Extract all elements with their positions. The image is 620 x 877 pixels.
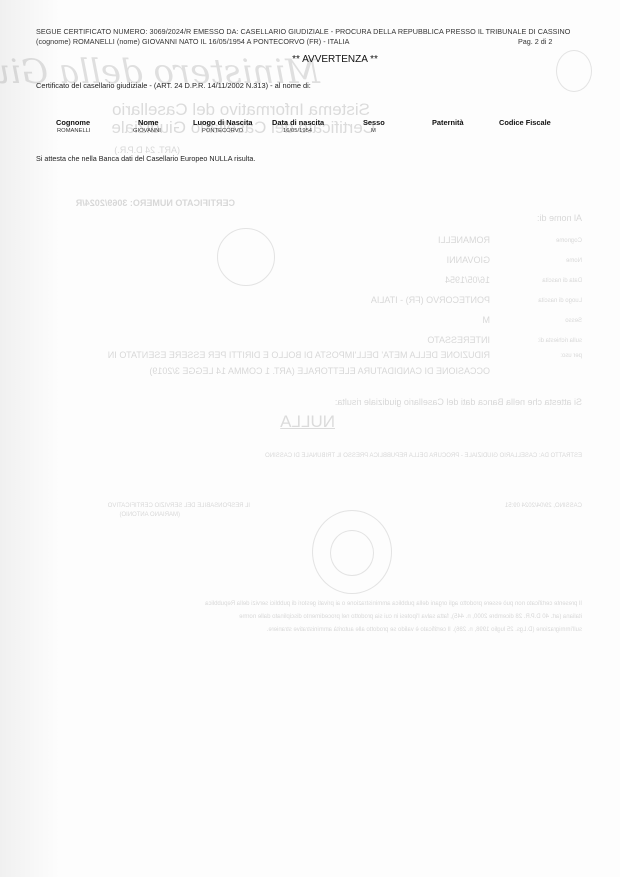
- attestation-text: Si attesta che nella Banca dati del Case…: [36, 154, 255, 163]
- document-page: Ministero della Giustizia Sistema Inform…: [0, 0, 620, 877]
- ghost-value-nome: GIOVANNI: [447, 255, 490, 265]
- ghost-label-data: Data di nascita: [542, 278, 582, 284]
- ghost-request-value: INTERESSATO: [427, 335, 490, 345]
- ghost-footer-1: Il presente certificato non può essere p…: [205, 601, 582, 607]
- cell-cognome: ROMANELLI: [57, 128, 91, 134]
- ghost-stamp-top: [217, 228, 275, 286]
- certificate-intro: Certificato del casellario giudiziale - …: [36, 81, 311, 90]
- column-header-nome: Nome: [138, 118, 159, 127]
- cell-nome: GIOVANNI: [133, 128, 161, 134]
- ghost-result: NULLA: [280, 412, 335, 432]
- column-header-cognome: Cognome: [56, 118, 90, 127]
- ghost-use-line-1: RIDUZIONE DELLA META' DELL'IMPOSTA DI BO…: [108, 350, 490, 360]
- ghost-value-luogo: PONTECORVO (FR) - ITALIA: [371, 295, 490, 305]
- column-header-codice-fiscale: Codice Fiscale: [499, 118, 551, 127]
- ghost-attest: Si attesta che nella Banca dati del Case…: [335, 397, 582, 407]
- ghost-cert-number: CERTIFICATO NUMERO: 3069/2024/R: [76, 198, 235, 208]
- ghost-footer-2: italiana (art. 40 D.P.R. 28 dicembre 200…: [239, 614, 582, 620]
- ghost-label-sesso: Sesso: [565, 318, 582, 324]
- ghost-value-sesso: M: [483, 315, 491, 325]
- ghost-label-luogo: Luogo di nascita: [538, 298, 582, 304]
- page-number: Pag. 2 di 2: [518, 37, 552, 46]
- ghost-stamp-inner: [330, 530, 374, 576]
- ghost-system-title-1: Sistema Informativo del Casellario: [112, 100, 370, 120]
- ghost-label-cognome: Cognome: [556, 238, 582, 244]
- column-header-sesso: Sesso: [363, 118, 385, 127]
- ghost-signer-1: IL RESPONSABILE DEL SERVIZIO CERTIFICATI…: [108, 503, 250, 509]
- ghost-stamp-seal: [312, 510, 392, 594]
- ghost-value-cognome: ROMANELLI: [438, 235, 490, 245]
- ghost-value-data: 16/05/1954: [445, 275, 490, 285]
- ghost-extract: ESTRATTO DA: CASELLARIO GIUDIZIALE - PRO…: [265, 453, 582, 459]
- ghost-al-nome: Al nome di:: [537, 213, 582, 223]
- scan-shadow: [0, 0, 60, 877]
- cell-luogo: PONTECORVO: [202, 128, 243, 134]
- cell-sesso: M: [371, 128, 376, 134]
- ghost-footer-3: sull'immigrazione (D.Lgs. 25 luglio 1998…: [267, 627, 582, 633]
- cell-data: 16/05/1954: [283, 128, 312, 134]
- column-header-luogo: Luogo di Nascita: [193, 118, 253, 127]
- ghost-use-line-2: OCCASIONE DI CANDIDATURA ELETTORALE (ART…: [149, 366, 490, 376]
- ghost-use-label: per uso:: [560, 353, 582, 359]
- column-header-paternita: Paternità: [432, 118, 464, 127]
- header-certificate-line: SEGUE CERTIFICATO NUMERO: 3069/2024/R EM…: [36, 27, 570, 36]
- ghost-label-nome: Nome: [566, 258, 582, 264]
- ghost-place-date: CASSINO, 29/04/2024 09:51: [505, 503, 582, 509]
- header-person-line: (cognome) ROMANELLI (nome) GIOVANNI NATO…: [36, 37, 349, 46]
- ghost-request-label: sulla richiesta di:: [538, 338, 582, 344]
- warning-title: ** AVVERTENZA **: [0, 54, 620, 65]
- column-header-data: Data di nascita: [272, 118, 324, 127]
- ghost-signer-2: (MARIANO ANTONIO): [119, 512, 180, 518]
